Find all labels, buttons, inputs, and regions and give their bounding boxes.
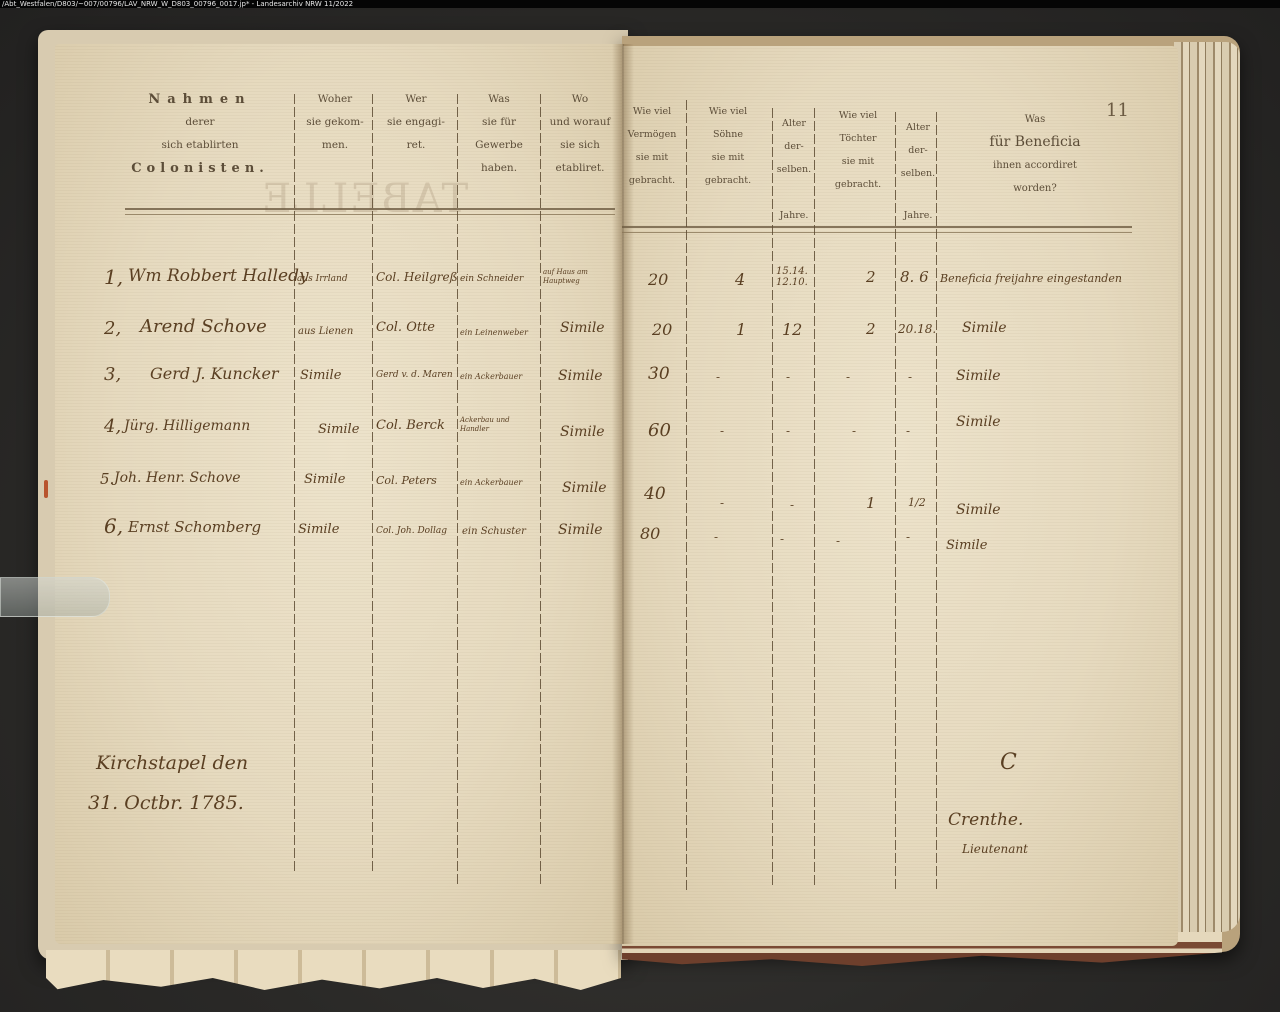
daughters-count: - — [846, 370, 850, 384]
header-alter-toechter: Alter der- selben. Jahre. — [898, 116, 938, 230]
settled-where: Simile — [558, 368, 603, 384]
assets: 80 — [640, 524, 660, 543]
header-soehne-line-2: Söhne — [686, 123, 770, 146]
ghost-title: TABELLE — [260, 176, 468, 222]
benefits: Simile — [956, 368, 1001, 384]
header-vermoegen: Wie viel Vermögen sie mit gebracht. — [622, 100, 682, 192]
sons-ages: - — [786, 370, 790, 384]
assets: 60 — [648, 420, 671, 441]
daughters-ages: 20.18. — [898, 322, 936, 336]
header-woher: Woher sie gekom- men. — [296, 88, 374, 157]
header-wo-line-1: Wo — [540, 88, 620, 111]
header-name-line-4: Colonisten. — [110, 157, 290, 180]
row-number: 2, — [104, 318, 121, 339]
header-toechter-line-2: Töchter — [818, 127, 898, 150]
place-line: Kirchstapel den — [96, 752, 248, 774]
header-was-line-4: haben. — [458, 157, 540, 180]
header-wer-line-1: Wer — [375, 88, 457, 111]
header-wo-line-4: etabliret. — [540, 157, 620, 180]
header-alter-soehne-line-2: der- — [772, 135, 816, 158]
settled-where: Simile — [560, 320, 605, 336]
header-name-line-3: sich etablirten — [110, 134, 290, 157]
header-was-line-3: Gewerbe — [458, 134, 540, 157]
engaged-by: Col. Heilgreß — [376, 270, 458, 284]
benefits: Simile — [946, 538, 987, 553]
trade: ein Ackerbauer — [460, 478, 522, 487]
sons-ages: 15.14. 12.10. — [776, 266, 814, 288]
header-wer-line-2: sie engagi- — [375, 111, 457, 134]
engaged-by: Col. Joh. Dollag — [376, 526, 447, 536]
header-vermoegen-line-2: Vermögen — [622, 123, 682, 146]
row-number: 1, — [104, 265, 123, 289]
window-title: /Abt_Westfalen/D803/~007/00796/LAV_NRW_W… — [0, 0, 1280, 8]
benefits: Simile — [956, 414, 1001, 430]
engaged-by: Col. Otte — [376, 320, 435, 335]
header-beneficia-line-1: Was — [940, 108, 1130, 131]
settled-where: Simile — [562, 480, 607, 496]
origin: Simile — [300, 368, 341, 383]
header-wer: Wer sie engagi- ret. — [375, 88, 457, 157]
header-alter-soehne-unit: Jahre. — [772, 204, 816, 227]
daughters-ages: - — [908, 370, 912, 384]
daughters-count: - — [852, 424, 856, 438]
sons-ages: - — [786, 424, 790, 438]
header-wo-line-2: und worauf — [540, 111, 620, 134]
header-name: Nahmen derer sich etablirten Colonisten. — [110, 88, 290, 180]
header-was-line-1: Was — [458, 88, 540, 111]
trade: ein Ackerbauer — [460, 372, 522, 381]
trade: ein Schneider — [460, 274, 523, 284]
colonist-name: Jürg. Hilligemann — [124, 418, 250, 434]
column-divider — [686, 100, 687, 890]
assets: 20 — [652, 320, 672, 339]
header-alter-toechter-line-1: Alter — [898, 116, 938, 139]
daughters-ages: 1/2 — [908, 496, 926, 509]
fore-edge — [1174, 42, 1240, 932]
signature-title: Lieutenant — [962, 842, 1028, 856]
sons-count: - — [716, 370, 720, 384]
assets: 30 — [648, 364, 670, 384]
header-name-line-1: Nahmen — [110, 88, 290, 111]
header-wo: Wo und worauf sie sich etabliret. — [540, 88, 620, 180]
column-divider — [772, 108, 773, 888]
header-alter-soehne: Alter der- selben. Jahre. — [772, 112, 816, 230]
sons-ages: - — [790, 498, 794, 512]
trade: Ackerbau und Handler — [460, 416, 538, 434]
colonist-name: Ernst Schomberg — [128, 518, 261, 536]
header-toechter-line-1: Wie viel — [818, 104, 898, 127]
engaged-by: Col. Peters — [376, 474, 437, 487]
signature-name: Crenthe. — [948, 810, 1023, 830]
header-rule-right — [622, 226, 1132, 233]
colonist-name: Joh. Henr. Schove — [114, 470, 241, 486]
settled-where: auf Haus am Hauptweg — [543, 268, 615, 286]
header-beneficia: Was für Beneficia ihnen accordiret worde… — [940, 108, 1130, 200]
header-was-line-2: sie für — [458, 111, 540, 134]
red-mark — [44, 480, 48, 498]
header-alter-toechter-unit: Jahre. — [898, 204, 938, 227]
column-divider — [814, 108, 815, 888]
header-rule-left — [125, 208, 615, 215]
colonist-name: Gerd J. Kuncker — [150, 364, 279, 383]
signature-initial: C — [1000, 750, 1017, 775]
daughters-ages: 8. 6 — [900, 268, 929, 286]
daughters-count: 2 — [866, 320, 876, 338]
header-alter-soehne-line-3: selben. — [772, 158, 816, 181]
header-wo-line-3: sie sich — [540, 134, 620, 157]
benefits: Beneficia freijahre eingestanden — [940, 272, 1122, 285]
row-number: 5. — [100, 470, 114, 488]
origin: aus Lienen — [298, 326, 353, 337]
sons-count: - — [720, 496, 724, 510]
origin: Simile — [298, 522, 339, 537]
header-vermoegen-line-1: Wie viel — [622, 100, 682, 123]
header-name-line-2: derer — [110, 111, 290, 134]
header-alter-toechter-line-2: der- — [898, 139, 938, 162]
origin: aus Irrland — [297, 274, 348, 284]
sons-count: 4 — [735, 270, 745, 289]
benefits: Simile — [962, 320, 1007, 336]
trade: ein Schuster — [462, 526, 526, 537]
column-divider — [457, 94, 458, 884]
header-was: Was sie für Gewerbe haben. — [458, 88, 540, 180]
header-woher-line-1: Woher — [296, 88, 374, 111]
daughters-count: 1 — [866, 494, 876, 512]
column-divider — [895, 112, 896, 892]
header-toechter-line-4: gebracht. — [818, 173, 898, 196]
column-divider — [936, 112, 937, 892]
row-number: 3, — [104, 364, 121, 385]
header-soehne-line-3: sie mit — [686, 146, 770, 169]
sons-count: - — [714, 530, 718, 544]
header-toechter: Wie viel Töchter sie mit gebracht. — [818, 104, 898, 196]
engaged-by: Col. Berck — [376, 418, 445, 433]
assets: 20 — [648, 270, 668, 289]
header-vermoegen-line-3: sie mit — [622, 146, 682, 169]
header-beneficia-line-2: für Beneficia — [940, 131, 1130, 154]
benefits: Simile — [956, 502, 1001, 518]
column-divider — [294, 94, 295, 874]
column-divider — [372, 94, 373, 874]
assets: 40 — [644, 484, 666, 504]
sons-ages: 12 — [782, 320, 802, 339]
column-divider — [540, 94, 541, 884]
daughters-count: 2 — [866, 268, 876, 286]
header-soehne: Wie viel Söhne sie mit gebracht. — [686, 100, 770, 192]
header-toechter-line-3: sie mit — [818, 150, 898, 173]
header-woher-line-2: sie gekom- — [296, 111, 374, 134]
row-number: 6, — [104, 514, 123, 538]
sons-count: 1 — [736, 320, 746, 339]
date-line: 31. Octbr. 1785. — [88, 792, 244, 814]
header-beneficia-line-4: worden? — [940, 177, 1130, 200]
sons-count: - — [720, 424, 724, 438]
header-alter-toechter-line-3: selben. — [898, 162, 938, 185]
header-alter-soehne-line-1: Alter — [772, 112, 816, 135]
settled-where: Simile — [560, 424, 605, 440]
sons-ages: - — [780, 532, 784, 546]
row-number: 4, — [104, 416, 121, 437]
engaged-by: Gerd v. d. Maren — [376, 370, 453, 380]
header-soehne-line-1: Wie viel — [686, 100, 770, 123]
header-woher-line-3: men. — [296, 134, 374, 157]
origin: Simile — [304, 472, 345, 487]
daughters-ages: - — [906, 424, 910, 438]
trade: ein Leinenweber — [460, 328, 528, 337]
settled-where: Simile — [558, 522, 603, 538]
paper-knife-tool — [0, 577, 110, 617]
header-beneficia-line-3: ihnen accordiret — [940, 154, 1130, 177]
header-soehne-line-4: gebracht. — [686, 169, 770, 192]
header-vermoegen-line-4: gebracht. — [622, 169, 682, 192]
colonist-name: Arend Schove — [140, 316, 267, 337]
daughters-ages: - — [906, 530, 910, 544]
colonist-name: Wm Robbert Halledy — [128, 266, 309, 286]
daughters-count: - — [836, 534, 840, 548]
header-wer-line-3: ret. — [375, 134, 457, 157]
origin: Simile — [318, 422, 359, 437]
